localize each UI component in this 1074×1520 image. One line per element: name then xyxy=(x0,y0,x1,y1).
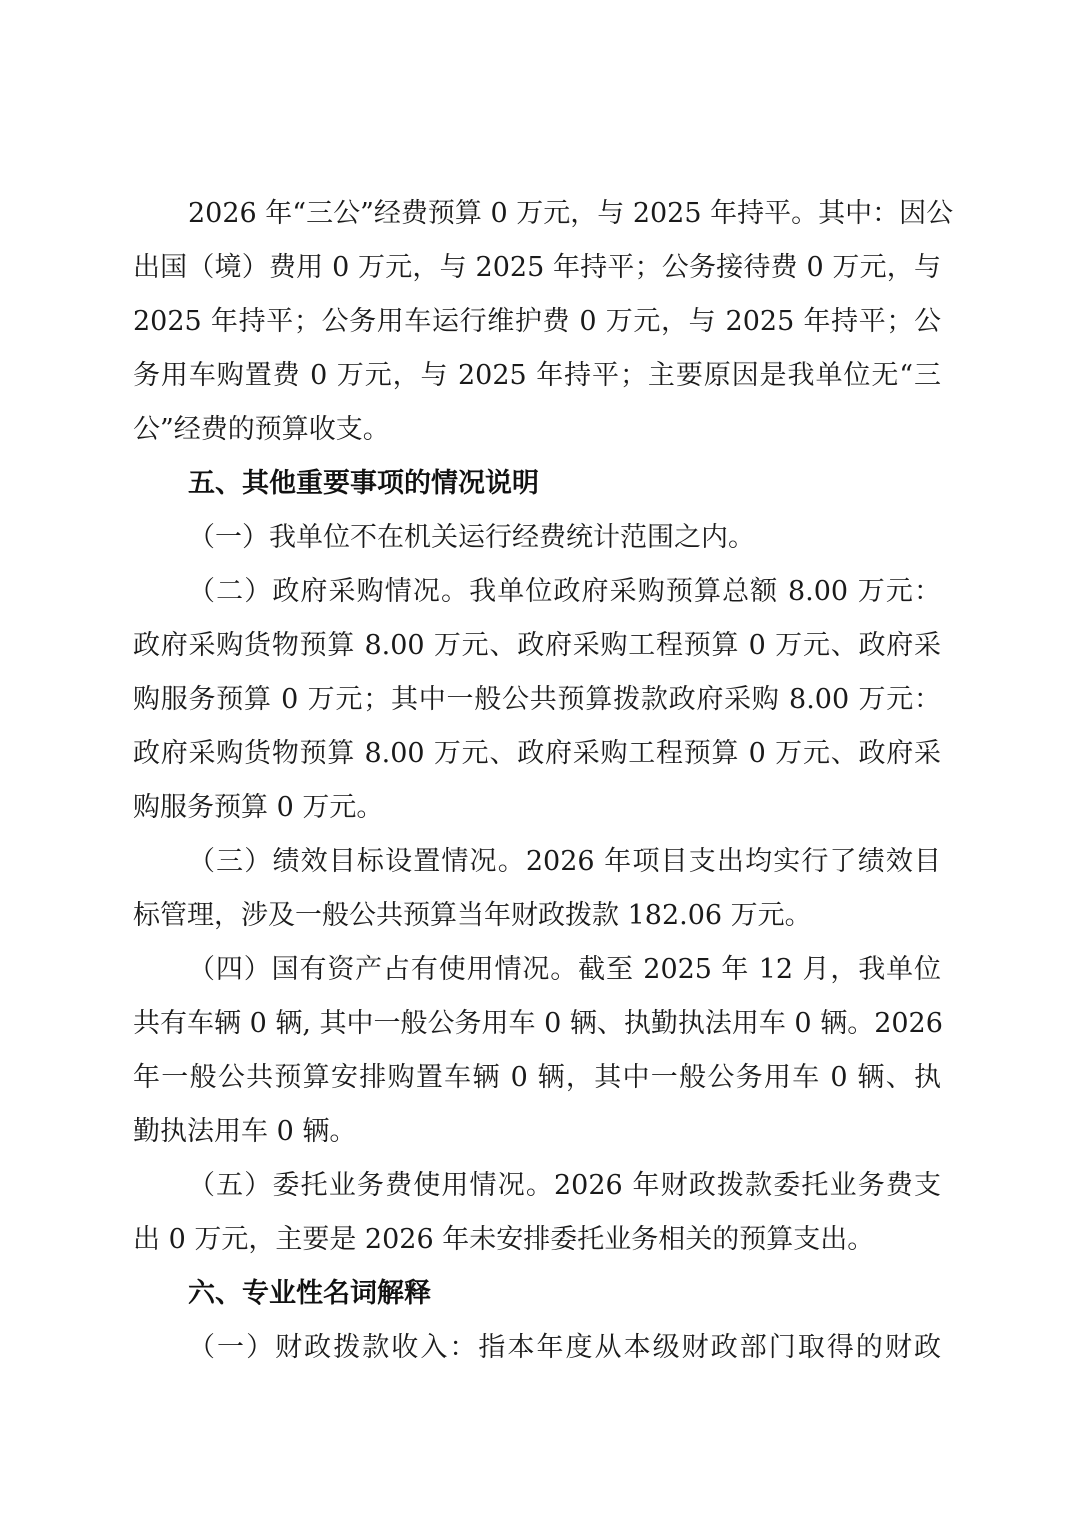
paragraph-line: 购服务预算 0 万元；其中一般公共预算拨款政府采购 8.00 万元： xyxy=(133,680,941,720)
paragraph-line: 政府采购货物预算 8.00 万元、政府采购工程预算 0 万元、政府采 xyxy=(133,734,941,774)
paragraph-line: 公”经费的预算收支。 xyxy=(133,410,390,450)
paragraph-line: 2026 年“三公”经费预算 0 万元，与 2025 年持平。其中：因公 xyxy=(188,194,941,234)
paragraph-line: 出国（境）费用 0 万元，与 2025 年持平；公务接待费 0 万元，与 xyxy=(133,248,941,288)
paragraph-line: （五）委托业务费使用情况。2026 年财政拨款委托业务费支 xyxy=(188,1166,941,1206)
document-page: 2026 年“三公”经费预算 0 万元，与 2025 年持平。其中：因公 出国（… xyxy=(0,0,1074,1520)
paragraph-line: 2025 年持平；公务用车运行维护费 0 万元，与 2025 年持平；公 xyxy=(133,302,941,342)
paragraph-line: （一）我单位不在机关运行经费统计范围之内。 xyxy=(188,518,755,558)
paragraph-line: 出 0 万元，主要是 2026 年未安排委托业务相关的预算支出。 xyxy=(133,1220,874,1260)
section-heading: 六、专业性名词解释 xyxy=(188,1274,431,1314)
paragraph-line: 勤执法用车 0 辆。 xyxy=(133,1112,356,1152)
paragraph-line: （二）政府采购情况。我单位政府采购预算总额 8.00 万元： xyxy=(188,572,941,612)
paragraph-line: 购服务预算 0 万元。 xyxy=(133,788,383,828)
paragraph-line: 共有车辆 0 辆, 其中一般公务用车 0 辆、执勤执法用车 0 辆。2026 xyxy=(133,1004,941,1044)
paragraph-line: 年一般公共预算安排购置车辆 0 辆，其中一般公务用车 0 辆、执 xyxy=(133,1058,941,1098)
paragraph-line: （一）财政拨款收入：指本年度从本级财政部门取得的财政 xyxy=(188,1328,941,1368)
paragraph-line: 标管理，涉及一般公共预算当年财政拨款 182.06 万元。 xyxy=(133,896,812,936)
paragraph-line: 务用车购置费 0 万元，与 2025 年持平；主要原因是我单位无“三 xyxy=(133,356,941,396)
section-heading: 五、其他重要事项的情况说明 xyxy=(188,464,539,504)
paragraph-line: 政府采购货物预算 8.00 万元、政府采购工程预算 0 万元、政府采 xyxy=(133,626,941,666)
paragraph-line: （三）绩效目标设置情况。2026 年项目支出均实行了绩效目 xyxy=(188,842,941,882)
paragraph-line: （四）国有资产占有使用情况。截至 2025 年 12 月，我单位 xyxy=(188,950,941,990)
